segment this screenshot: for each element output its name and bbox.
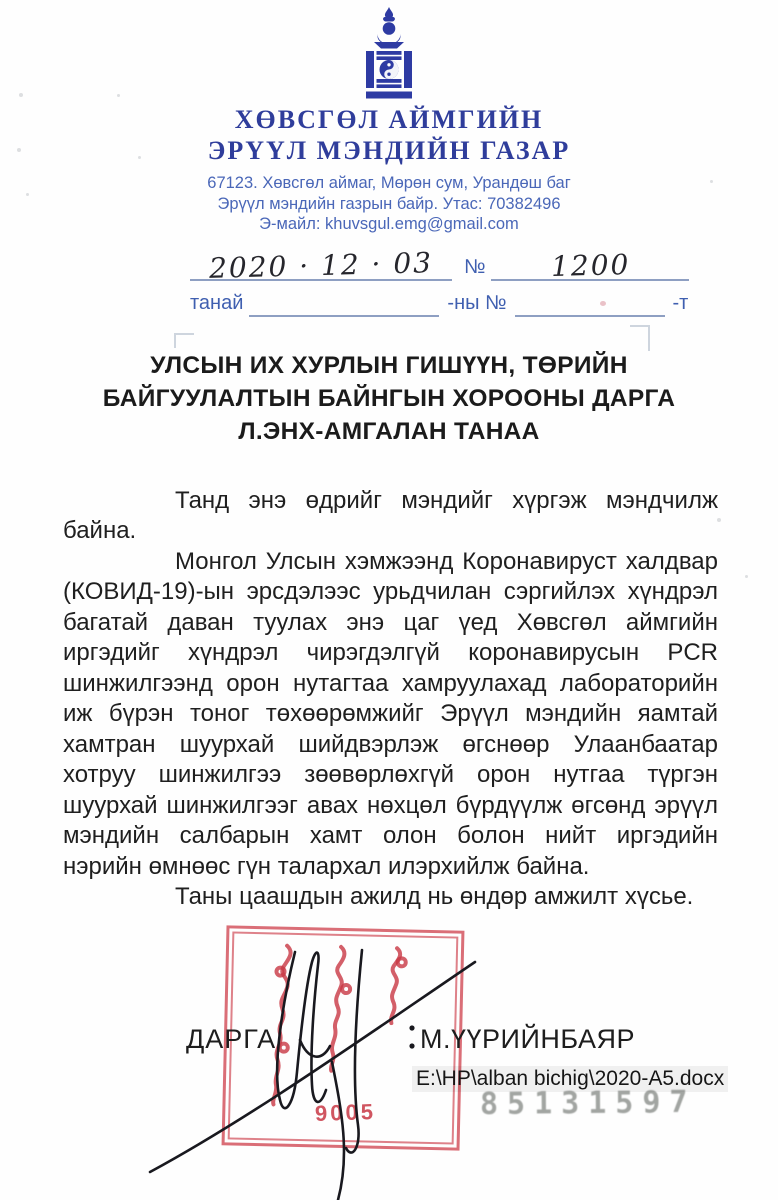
- recipient-ref-row: танай -ны № -т: [190, 285, 778, 317]
- body-paragraph-3: Таны цаашдын ажилд нь өндөр амжилт хүсье…: [63, 882, 718, 913]
- date-number-row: 2020 · 12 · 03 № 1200: [190, 245, 778, 281]
- recipient-title-block: УЛСЫН ИХ ХУРЛЫН ГИШҮҮН, ТӨРИЙН БАЙГУУЛАЛ…: [0, 349, 778, 448]
- soyombo-emblem-icon: [358, 6, 420, 102]
- body-paragraph-2: Монгол Улсын хэмжээнд Коронавируст халдв…: [63, 547, 718, 883]
- letterhead: ХӨВСГӨЛ АЙМГИЙН ЭРҮҮЛ МЭНДИЙН ГАЗАР 6712…: [0, 0, 778, 235]
- recipient-infix-label: -ны №: [439, 292, 514, 317]
- body-paragraph-1: Танд энэ өдрийг мэндийг хүргэж мэндчилж …: [63, 486, 718, 547]
- frame-corner-mark-right: [630, 325, 650, 351]
- org-address: 67123. Хөвсгөл аймаг, Мөрөн сум, Урандөш…: [0, 173, 778, 235]
- address-line3: Э-майл: khuvsgul.emg@gmail.com: [0, 214, 778, 235]
- faded-registration-number: 85131597: [480, 1085, 697, 1122]
- recipient-blank-field: [249, 315, 439, 317]
- recipient-number-blank-field: [515, 315, 665, 317]
- handwritten-date: 2020 · 12 · 03: [209, 246, 434, 285]
- signer-name: М.ҮҮРИЙНБАЯР: [420, 1024, 635, 1055]
- recipient-prefix-label: танай: [190, 292, 249, 317]
- handwritten-number: 1200: [550, 247, 630, 282]
- scan-speck: [717, 518, 721, 522]
- scan-speck: [745, 575, 748, 578]
- recipient-suffix-label: -т: [665, 292, 689, 317]
- date-field: 2020 · 12 · 03: [190, 246, 452, 281]
- number-sign-label: №: [452, 256, 491, 281]
- address-line1: 67123. Хөвсгөл аймаг, Мөрөн сум, Урандөш…: [0, 173, 778, 194]
- address-line2: Эрүүл мэндийн газрын байр. Утас: 7038249…: [0, 194, 778, 215]
- recipient-title-line1: УЛСЫН ИХ ХУРЛЫН ГИШҮҮН, ТӨРИЙН: [0, 349, 778, 382]
- scan-speck: [710, 180, 713, 183]
- signer-position-label: ДАРГА: [186, 1024, 276, 1055]
- letter-body: Танд энэ өдрийг мэндийг хүргэж мэндчилж …: [63, 486, 718, 913]
- recipient-title-line3: Л.ЭНХ-АМГАЛАН ТАНАА: [0, 415, 778, 448]
- recipient-title-line2: БАЙГУУЛАЛТЫН БАЙНГЫН ХОРООНЫ ДАРГА: [0, 382, 778, 415]
- org-name-line1: ХӨВСГӨЛ АЙМГИЙН: [0, 104, 778, 135]
- scan-speck: [26, 193, 29, 196]
- scan-speck: [17, 148, 21, 152]
- scan-speck: [117, 94, 120, 97]
- scan-speck: [19, 93, 23, 97]
- scan-speck: [138, 156, 141, 159]
- frame-corner-mark-left: [174, 333, 194, 348]
- reference-block: 2020 · 12 · 03 № 1200 танай -ны № -т: [190, 245, 778, 317]
- org-name-line2: ЭРҮҮЛ МЭНДИЙН ГАЗАР: [0, 135, 778, 166]
- scan-speck: [600, 301, 606, 306]
- document-number-field: 1200: [491, 246, 689, 281]
- scanned-letter-page: ХӨВСГӨЛ АЙМГИЙН ЭРҮҮЛ МЭНДИЙН ГАЗАР 6712…: [0, 0, 778, 1200]
